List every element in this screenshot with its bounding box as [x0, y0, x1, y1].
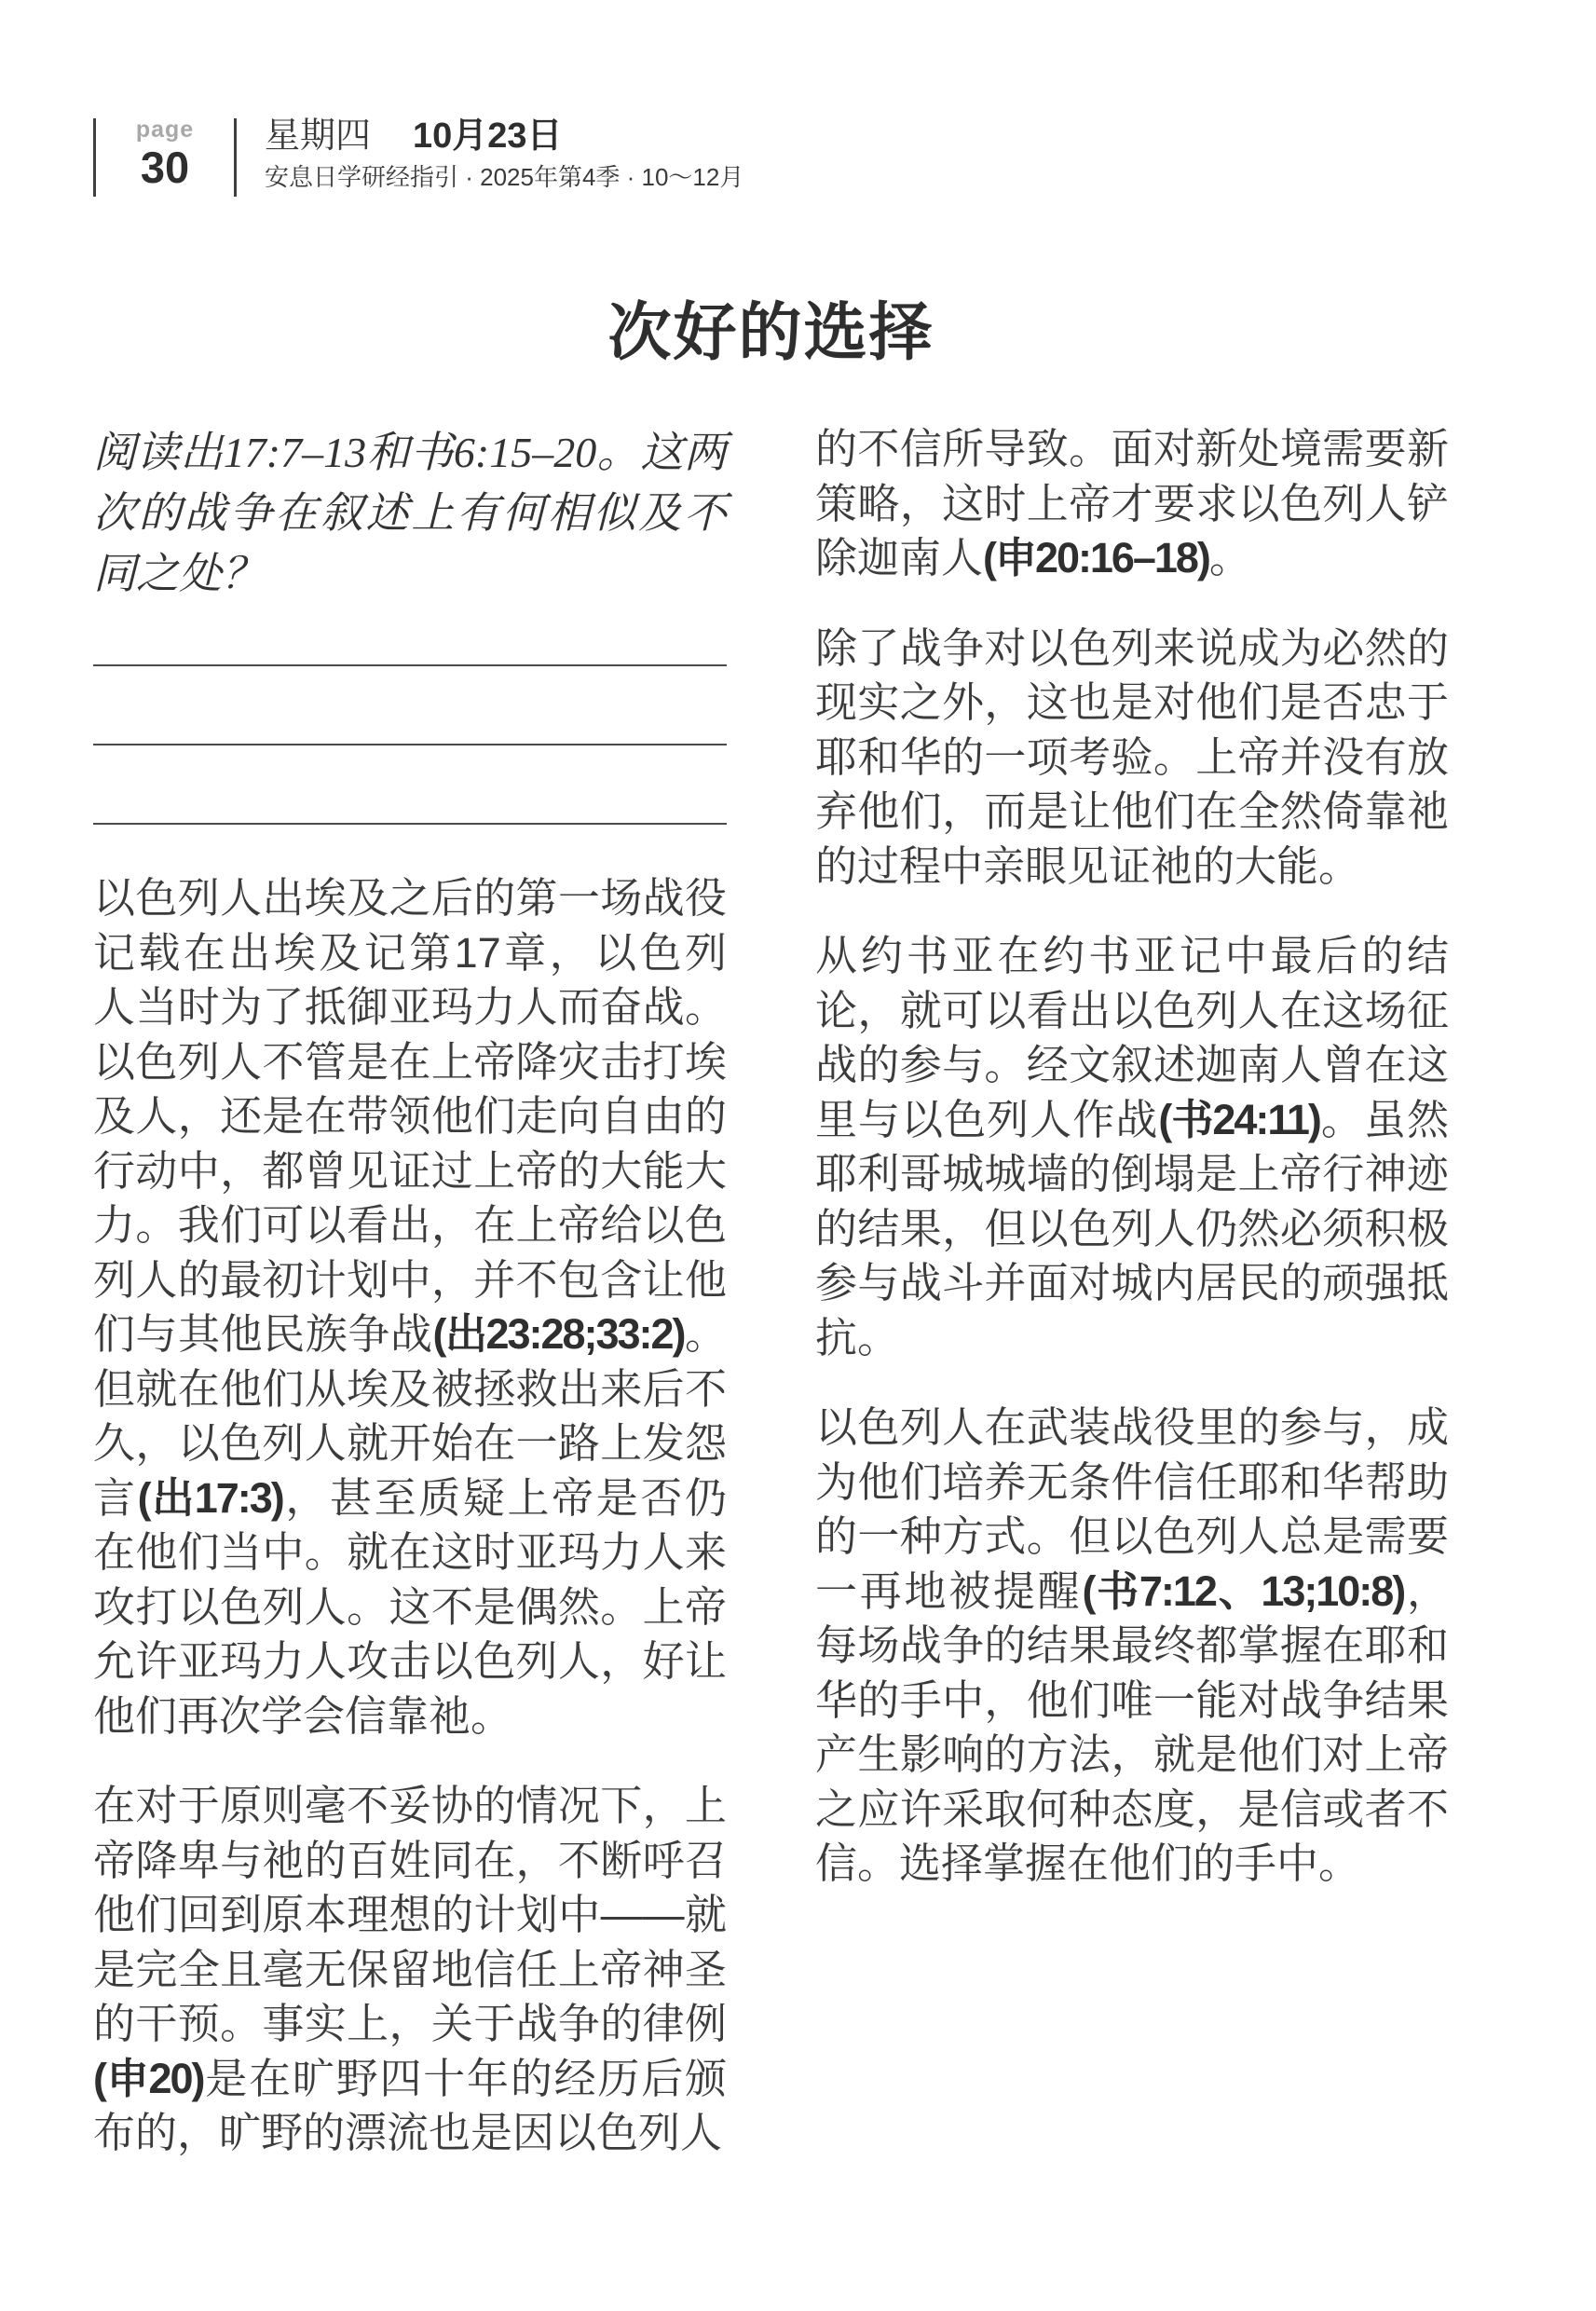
text-run: ，每场战争的结果最终都掌握在耶和华的手中，他们唯一能对战争结果产生影响的方法，就…: [815, 1567, 1449, 1888]
answer-lines: [93, 604, 727, 825]
header-text: 星期四10月23日 安息日学研经指引 · 2025年第4季 · 10～12月: [265, 118, 743, 197]
text-run: 除了战争对以色列来说成为必然的现实之外，这也是对他们是否忠于耶和华的一项考验。上…: [815, 624, 1449, 890]
edition-subtitle: 安息日学研经指引 · 2025年第4季 · 10～12月: [265, 163, 743, 192]
page: page 30 星期四10月23日 安息日学研经指引 · 2025年第4季 · …: [0, 0, 1596, 2311]
text-run: 以色列人出埃及之后的第一场战役记载在出埃及记第17章，以色列人当时为了抵御亚玛力…: [93, 874, 727, 1358]
scripture-reference: (书7:12、13;10:8): [1082, 1567, 1404, 1615]
date-label: 10月23日: [413, 116, 563, 156]
left-column: 阅读出17:7–13和书6:15–20。这两次的战争在叙述上有何相似及不同之处？…: [93, 422, 727, 2161]
text-run: 在对于原则毫不妥协的情况下，上帝降卑与祂的百姓同在，不断呼召他们回到原本理想的计…: [93, 1782, 727, 2047]
scripture-reference: (出17:3): [138, 1474, 283, 1522]
paragraph: 以色列人出埃及之后的第一场战役记载在出埃及记第17章，以色列人当时为了抵御亚玛力…: [93, 871, 727, 1744]
paragraph: 在对于原则毫不妥协的情况下，上帝降卑与祂的百姓同在，不断呼召他们回到原本理想的计…: [93, 1779, 727, 2161]
page-number: 30: [141, 144, 189, 192]
study-question: 阅读出17:7–13和书6:15–20。这两次的战争在叙述上有何相似及不同之处？: [93, 422, 727, 604]
scripture-reference: (书24:11): [1158, 1096, 1319, 1143]
weekday-label: 星期四: [265, 116, 371, 156]
right-column: 的不信所导致。面对新处境需要新策略，这时上帝才要求以色列人铲除迦南人(申20:1…: [815, 422, 1449, 1892]
text-run: 。: [1209, 534, 1251, 581]
paragraph: 除了战争对以色列来说成为必然的现实之外，这也是对他们是否忠于耶和华的一项考验。上…: [815, 622, 1449, 895]
header-divider-right: [234, 118, 237, 197]
answer-line: [93, 604, 727, 666]
scripture-reference: (出23:28;33:2): [433, 1310, 685, 1358]
answer-line: [93, 745, 727, 825]
paragraph: 以色列人在武装战役里的参与，成为他们培养无条件信任耶和华帮助的一种方式。但以色列…: [815, 1401, 1449, 1892]
page-number-block: page 30: [96, 118, 234, 197]
paragraph: 从约书亚在约书亚记中最后的结论，就可以看出以色列人在这场征战的参与。经文叙述迦南…: [815, 929, 1449, 1365]
lesson-title: 次好的选择: [93, 296, 1449, 369]
scripture-reference: (申20:16–18): [983, 534, 1209, 581]
left-column-paragraphs: 以色列人出埃及之后的第一场战役记载在出埃及记第17章，以色列人当时为了抵御亚玛力…: [93, 871, 727, 2161]
page-label: page: [136, 118, 194, 142]
answer-line: [93, 666, 727, 745]
scripture-reference: (申20): [93, 2055, 203, 2102]
page-header: page 30 星期四10月23日 安息日学研经指引 · 2025年第4季 · …: [93, 118, 743, 197]
right-column-paragraphs: 的不信所导致。面对新处境需要新策略，这时上帝才要求以色列人铲除迦南人(申20:1…: [815, 422, 1449, 1892]
header-date-line: 星期四10月23日: [265, 118, 743, 156]
paragraph: 的不信所导致。面对新处境需要新策略，这时上帝才要求以色列人铲除迦南人(申20:1…: [815, 422, 1449, 586]
